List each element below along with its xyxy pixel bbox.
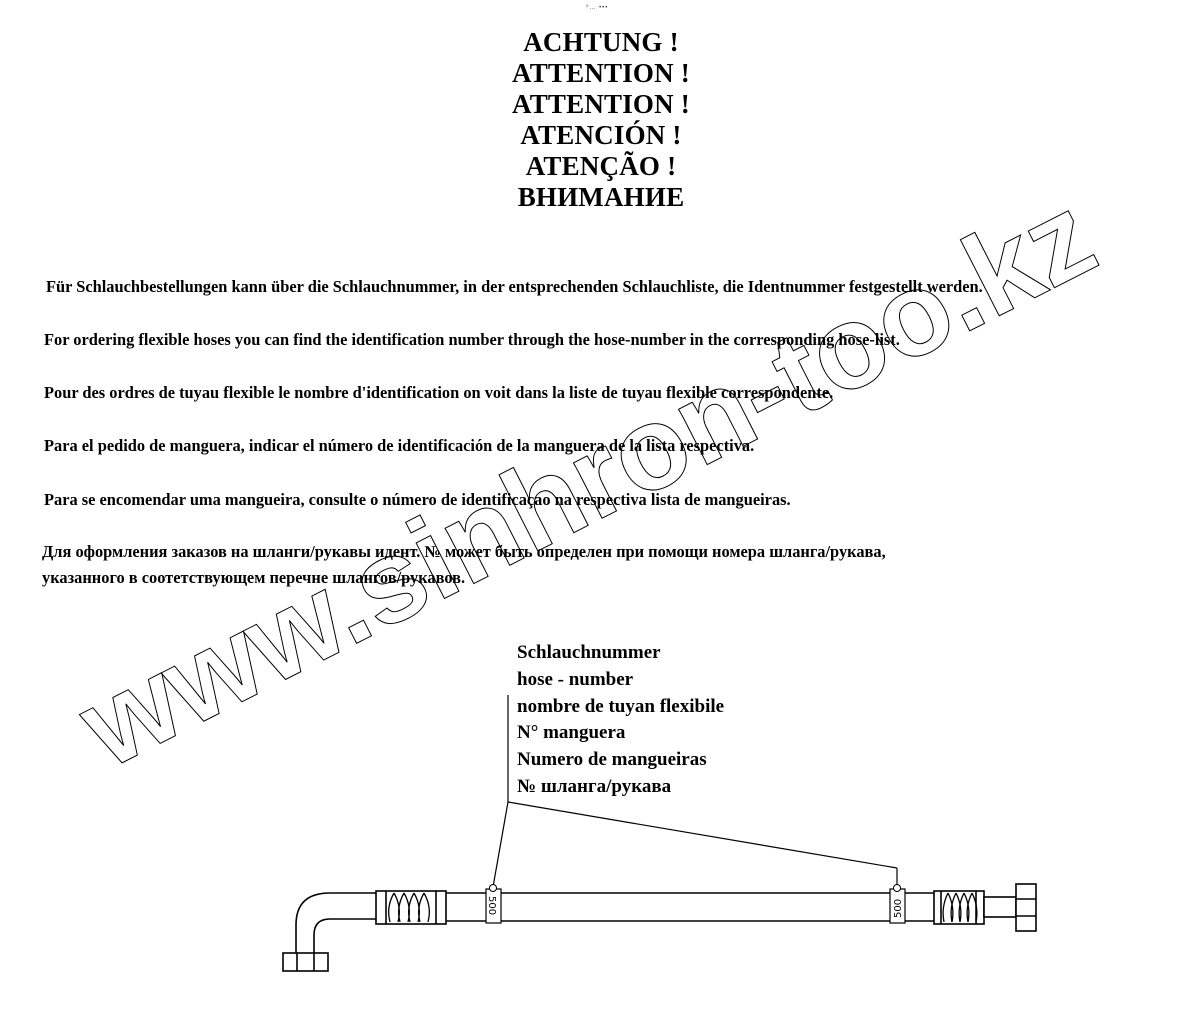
watermark: www.sinhron-too.kz [59,169,1115,794]
hose-tag-left-label: 500 [486,896,497,915]
hose-body [283,884,1036,971]
hose-diagram: www.sinhron-too.kz [0,0,1190,1015]
leader-lines [493,695,897,887]
svg-text:www.sinhron-too.kz: www.sinhron-too.kz [59,169,1115,794]
hose-tag-left: 500 [486,885,501,924]
hose-tag-right: 500 [890,885,905,924]
hose-tag-right-label: 500 [893,899,904,918]
